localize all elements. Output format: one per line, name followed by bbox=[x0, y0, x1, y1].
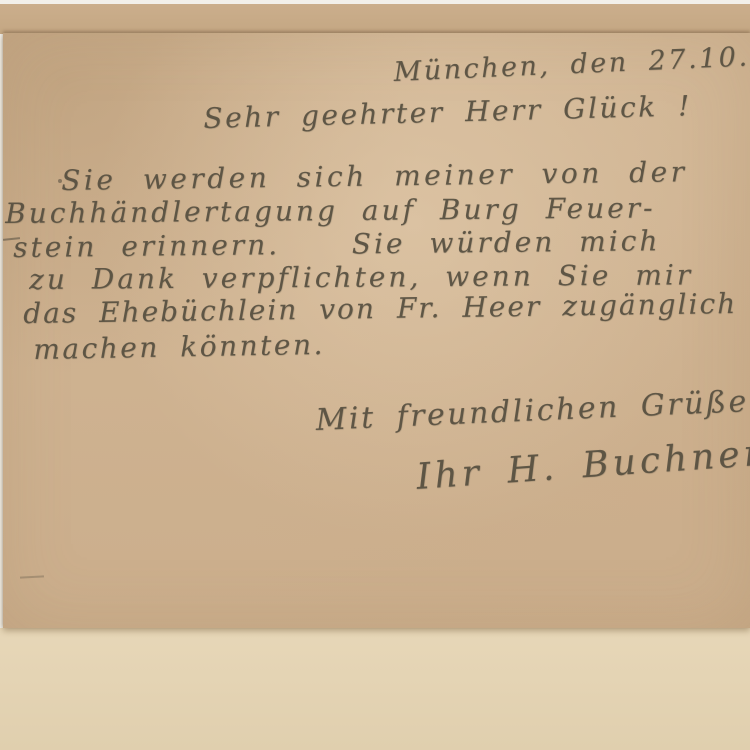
mount-paper-top-strip bbox=[0, 4, 750, 34]
body-line: Buchhändlertagung auf Burg Feuer- bbox=[5, 191, 656, 230]
mount-paper-bottom bbox=[0, 628, 750, 750]
closing-greeting: Mit freundlichen Grüßen bbox=[315, 383, 750, 438]
ink-dot-mark bbox=[58, 179, 62, 183]
signature: Ihr H. Buchner. bbox=[415, 432, 750, 498]
date-line: München, den 27.10.57. bbox=[393, 39, 750, 88]
body-line: stein erinnern. Sie würden mich bbox=[13, 224, 661, 264]
handwritten-letter-card: München, den 27.10.57. Sehr geehrter Her… bbox=[3, 33, 750, 628]
letter-scan: München, den 27.10.57. Sehr geehrter Her… bbox=[0, 0, 750, 750]
body-line: Sie werden sich meiner von der bbox=[61, 155, 688, 197]
body-line: machen könnten. bbox=[33, 328, 325, 366]
salutation: Sehr geehrter Herr Glück ! bbox=[203, 89, 692, 135]
stray-pencil-mark bbox=[20, 575, 44, 578]
